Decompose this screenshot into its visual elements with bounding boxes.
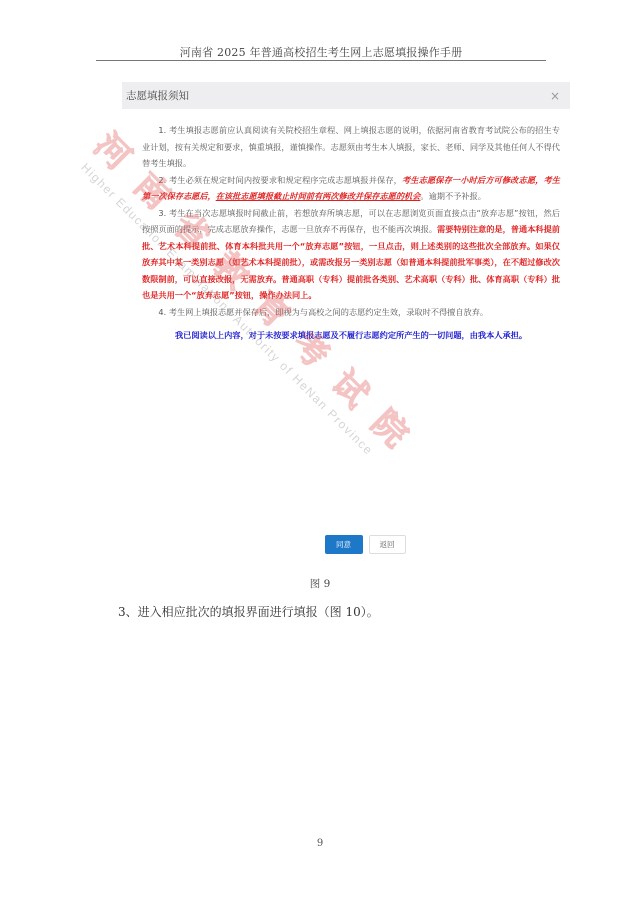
dialog-header: 志愿填报须知 × [122,82,570,109]
volunteer-notice-dialog: 志愿填报须知 × 1. 考生填报志愿前应认真阅读有关院校招生章程、网上填报志愿的… [122,82,570,562]
close-icon[interactable]: × [548,89,562,103]
step-instruction: 3、进入相应批次的填报界面进行填报（图 10）。 [118,603,379,620]
notice-item-3: 3. 考生在当次志愿填报时间截止前，若想放弃所填志愿，可以在志愿浏览页面直接点击… [142,205,560,304]
figure-caption: 图 9 [0,576,640,591]
notice-item-2: 2. 考生必须在规定时间内按要求和规定程序完成志愿填报并保存，考生志愿保存一小时… [142,172,560,205]
notice-item-2-tail: 。逾期不予补报。 [420,191,486,201]
header-divider [96,60,546,61]
notice-item-4: 4. 考生网上填报志愿并保存后，即视为与高校之间的志愿约定生效，录取时不得擅自放… [142,304,560,321]
notice-item-3-warning: 需要特别注意的是，普通本科提前批、艺术本科提前批、体育本科批共用一个“放弃志愿”… [142,224,560,300]
dialog-body: 1. 考生填报志愿前应认真阅读有关院校招生章程、网上填报志愿的说明，依据河南省教… [122,109,570,344]
notice-item-2-warning-underlined: 在该批志愿填报截止时间前有两次修改并保存志愿的机会 [216,191,421,201]
declaration-statement: 我已阅读以上内容，对于未按要求填报志愿及不履行志愿约定所产生的一切问题，由我本人… [142,327,560,344]
page-number: 9 [0,838,640,849]
agree-button[interactable]: 同意 [325,535,363,554]
notice-item-1: 1. 考生填报志愿前应认真阅读有关院校招生章程、网上填报志愿的说明，依据河南省教… [142,122,560,172]
back-button[interactable]: 返回 [369,535,406,554]
dialog-actions: 同意 返回 [122,535,570,554]
dialog-title: 志愿填报须知 [126,88,189,103]
running-header: 河南省 2025 年普通高校招生考生网上志愿填报操作手册 [96,44,546,60]
manual-page: 河南省 2025 年普通高校招生考生网上志愿填报操作手册 志愿填报须知 × 1.… [0,0,640,905]
notice-item-2-text: 2. 考生必须在规定时间内按要求和规定程序完成志愿填报并保存， [158,175,402,185]
